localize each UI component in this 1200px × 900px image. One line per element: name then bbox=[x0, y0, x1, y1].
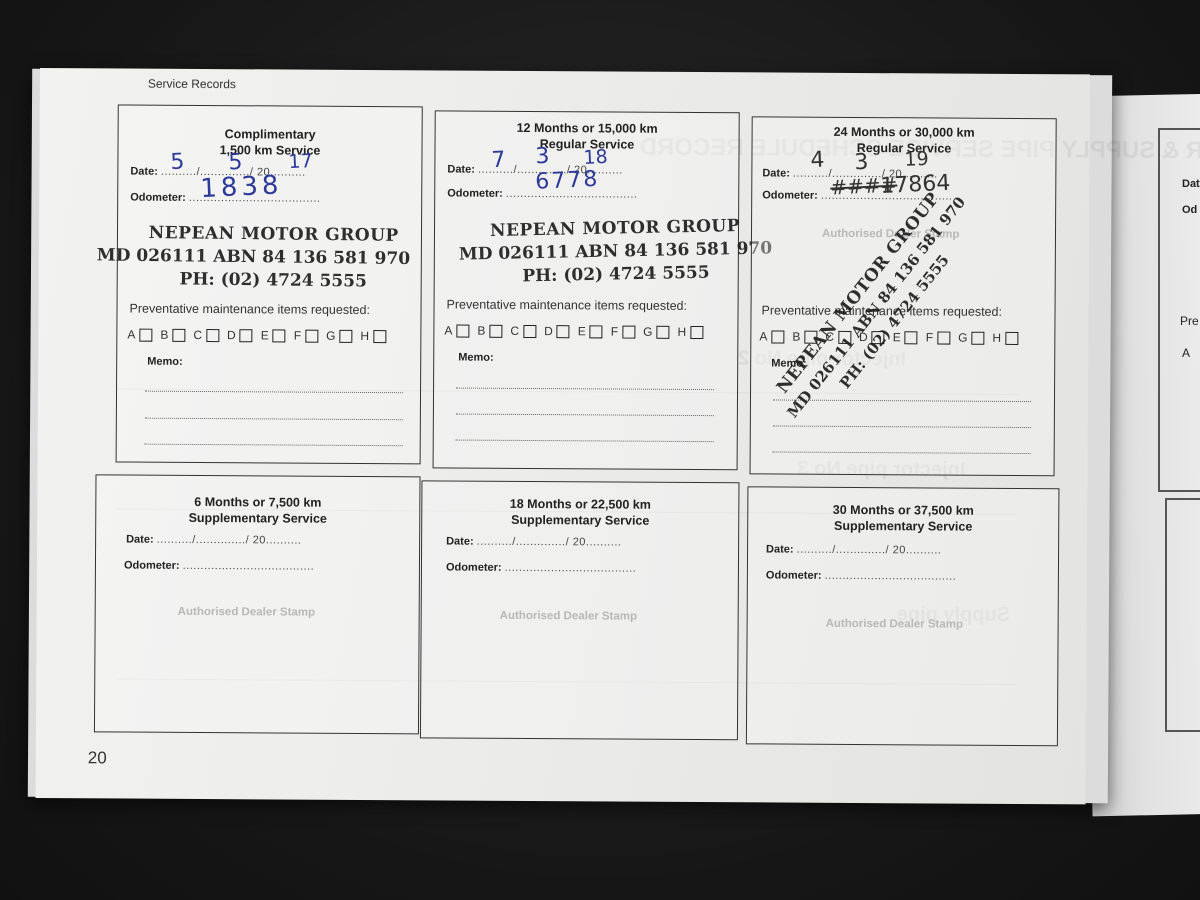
checkbox-f[interactable] bbox=[622, 325, 635, 338]
dealer-stamp-2: NEPEAN MOTOR GROUP MD 026111 ABN 84 136 … bbox=[458, 214, 773, 289]
handwritten-year: 17 bbox=[288, 150, 313, 173]
service-card-37500km: 30 Months or 37,500 km Supplementary Ser… bbox=[746, 486, 1060, 746]
check-label-h: H bbox=[677, 325, 686, 339]
facing-page-card-bottom bbox=[1165, 498, 1200, 732]
odometer-label: Odometer: bbox=[124, 560, 180, 572]
handwritten-day: 5 bbox=[170, 150, 185, 176]
checkbox-d[interactable] bbox=[240, 329, 253, 342]
checkbox-b[interactable] bbox=[489, 324, 502, 337]
card-title-line1: Complimentary bbox=[119, 125, 422, 143]
card-title-line2: Supplementary Service bbox=[96, 509, 419, 527]
checkbox-a[interactable] bbox=[771, 330, 784, 343]
facing-date-fragment: Dat bbox=[1182, 178, 1200, 190]
date-label: Date: bbox=[130, 166, 158, 178]
check-label-h: H bbox=[360, 329, 369, 343]
memo-line[interactable] bbox=[145, 418, 403, 421]
checkbox-h[interactable] bbox=[373, 330, 386, 343]
checkbox-h[interactable] bbox=[690, 325, 703, 338]
handwritten-year: 19 bbox=[904, 148, 929, 171]
date-label: Date: bbox=[766, 543, 794, 555]
checkbox-e[interactable] bbox=[590, 325, 603, 338]
odometer-label: Odometer: bbox=[447, 187, 503, 199]
stamp-placeholder: Authorised Dealer Stamp bbox=[178, 606, 315, 619]
odometer-label: Odometer: bbox=[130, 192, 186, 204]
date-dots: ........../............../ 20.......... bbox=[157, 534, 302, 547]
service-card-22500km: 18 Months or 22,500 km Supplementary Ser… bbox=[420, 480, 740, 740]
checkbox-f[interactable] bbox=[305, 329, 318, 342]
stamp-dealer-name: NEPEAN MOTOR GROUP bbox=[137, 222, 411, 248]
check-label-f: F bbox=[294, 329, 301, 343]
check-label-b: B bbox=[160, 328, 168, 342]
preventative-label: Preventative maintenance items requested… bbox=[447, 297, 688, 312]
check-label-d: D bbox=[227, 328, 236, 342]
memo-line[interactable] bbox=[456, 440, 714, 443]
checkbox-g[interactable] bbox=[339, 329, 352, 342]
date-label: Date: bbox=[762, 167, 790, 179]
check-label-f: F bbox=[926, 330, 933, 344]
date-label: Date: bbox=[446, 535, 474, 547]
check-label-b: B bbox=[477, 324, 485, 338]
card-title-line1: 12 Months or 15,000 km bbox=[436, 119, 739, 137]
checkbox-d[interactable] bbox=[557, 325, 570, 338]
memo-label: Memo: bbox=[458, 352, 494, 364]
memo-line[interactable] bbox=[145, 444, 403, 447]
handwritten-day: 4 bbox=[810, 147, 825, 173]
checkbox-a[interactable] bbox=[456, 324, 469, 337]
check-label-a: A bbox=[759, 329, 767, 343]
checkbox-h[interactable] bbox=[1005, 331, 1018, 344]
date-dots: ........../............../ 20.......... bbox=[797, 544, 942, 557]
checkbox-c[interactable] bbox=[206, 329, 219, 342]
odometer-field[interactable]: Odometer: ..............................… bbox=[446, 561, 636, 574]
handwritten-odometer: 6778 bbox=[535, 167, 600, 195]
date-field[interactable]: Date: ........../............../ 20.....… bbox=[766, 543, 941, 556]
check-label-d: D bbox=[544, 324, 553, 338]
check-label-a: A bbox=[127, 328, 135, 342]
maintenance-checkboxes: A B C D E F G H bbox=[127, 328, 392, 344]
stamp-placeholder: Authorised Dealer Stamp bbox=[500, 610, 637, 623]
stamp-placeholder: Authorised Dealer Stamp bbox=[826, 618, 963, 631]
handwritten-day: 7 bbox=[491, 147, 506, 173]
card-title-line1: 18 Months or 22,500 km bbox=[422, 495, 738, 513]
date-field[interactable]: Date: ........../............../ 20.....… bbox=[126, 534, 301, 547]
checkbox-a[interactable] bbox=[139, 328, 152, 341]
checkbox-g[interactable] bbox=[971, 331, 984, 344]
check-label-g: G bbox=[326, 329, 335, 343]
date-field[interactable]: Date: ........../............../ 20.....… bbox=[446, 535, 621, 548]
check-label-f: F bbox=[611, 324, 618, 338]
checkbox-e[interactable] bbox=[905, 331, 918, 344]
stamp-dealer-phone: PH: (02) 4724 5555 bbox=[136, 268, 410, 294]
checkbox-g[interactable] bbox=[656, 325, 669, 338]
service-card-15000km: 12 Months or 15,000 km Regular Service D… bbox=[433, 110, 740, 470]
memo-label: Memo: bbox=[147, 356, 183, 368]
card-title-line1: 24 Months or 30,000 km bbox=[753, 123, 1056, 141]
check-label-g: G bbox=[958, 331, 967, 345]
memo-line[interactable] bbox=[145, 391, 403, 394]
running-head: Service Records bbox=[148, 77, 236, 92]
check-label-g: G bbox=[643, 325, 652, 339]
check-label-a: A bbox=[444, 323, 452, 337]
preventative-label: Preventative maintenance items requested… bbox=[129, 302, 370, 317]
check-label-b: B bbox=[792, 330, 800, 344]
stamp-dealer-ids: MD 026111 ABN 84 136 581 970 bbox=[97, 244, 411, 271]
odometer-dots: ..................................... bbox=[505, 562, 637, 575]
memo-line[interactable] bbox=[773, 451, 1031, 454]
odometer-label: Odometer: bbox=[762, 189, 818, 201]
facing-preventative-fragment: Pre bbox=[1180, 314, 1199, 328]
check-label-h: H bbox=[992, 331, 1001, 345]
handwritten-odometer: 1838 bbox=[200, 170, 283, 204]
handwritten-month: 3 bbox=[854, 150, 869, 176]
card-title-line1: 6 Months or 7,500 km bbox=[96, 493, 419, 511]
checkbox-f[interactable] bbox=[937, 331, 950, 344]
card-title-line2: Supplementary Service bbox=[748, 517, 1058, 535]
card-title-line1: 30 Months or 37,500 km bbox=[748, 501, 1058, 519]
odometer-dots: ..................................... bbox=[183, 560, 315, 573]
odometer-dots: ..................................... bbox=[825, 570, 957, 583]
date-dots: ........../............../ 20.......... bbox=[477, 536, 622, 549]
checkbox-b[interactable] bbox=[172, 328, 185, 341]
check-label-c: C bbox=[193, 328, 202, 342]
handwritten-month: 3 bbox=[535, 144, 550, 170]
maintenance-checkboxes: A B C D E F G H bbox=[444, 323, 709, 339]
check-label-e: E bbox=[578, 324, 586, 338]
service-records-page: DIESEL INJECTOR & SUPPLY PIPE SERVICE SC… bbox=[36, 68, 1090, 804]
page-number: 20 bbox=[88, 748, 107, 768]
odometer-label: Odometer: bbox=[446, 561, 502, 573]
service-card-7500km: 6 Months or 7,500 km Supplementary Servi… bbox=[94, 474, 421, 734]
odometer-field[interactable]: Odometer: ..............................… bbox=[124, 560, 314, 573]
date-label: Date: bbox=[126, 534, 154, 546]
facing-check-fragment: A bbox=[1182, 346, 1190, 360]
memo-line[interactable] bbox=[456, 388, 714, 391]
odometer-label: Odometer: bbox=[766, 569, 822, 581]
dealer-stamp-1: NEPEAN MOTOR GROUP MD 026111 ABN 84 136 … bbox=[136, 222, 410, 294]
checkbox-e[interactable] bbox=[273, 329, 286, 342]
check-label-e: E bbox=[261, 328, 269, 342]
card-title-line2: 1,500 km Service bbox=[118, 141, 421, 159]
facing-odometer-fragment: Od bbox=[1182, 204, 1197, 216]
handwritten-year: 18 bbox=[583, 146, 608, 169]
date-label: Date: bbox=[447, 163, 475, 175]
memo-line[interactable] bbox=[456, 414, 714, 417]
checkbox-c[interactable] bbox=[523, 324, 536, 337]
card-title-line2: Supplementary Service bbox=[422, 511, 738, 529]
check-label-c: C bbox=[510, 324, 519, 338]
odometer-field[interactable]: Odometer: ..............................… bbox=[766, 569, 956, 582]
